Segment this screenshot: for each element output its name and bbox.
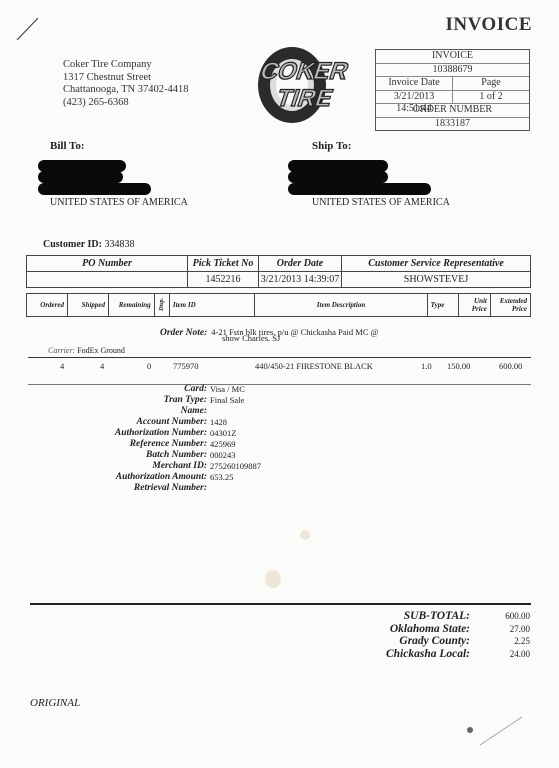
total-value: 24.00	[470, 648, 530, 661]
payment-label: Reference Number:	[60, 439, 210, 450]
payment-value: 04301Z	[210, 428, 236, 439]
bill-to-label: Bill To:	[50, 140, 85, 152]
customer-id: Customer ID: 334838	[43, 239, 134, 250]
total-label: SUB-TOTAL:	[370, 610, 470, 623]
payment-label: Tran Type:	[60, 395, 210, 406]
company-name: Coker Tire Company	[63, 59, 189, 72]
item-description-header: Item Description	[255, 294, 427, 317]
company-street: 1317 Chestnut Street	[63, 72, 189, 85]
payment-label: Authorization Amount:	[60, 472, 210, 483]
item-remaining: 0	[147, 361, 151, 371]
item-description: 440/450-21 FIRESTONE BLACK	[255, 361, 373, 371]
invoice-date-label: Invoice Date	[376, 77, 452, 90]
payment-value: 653.25	[210, 472, 233, 483]
ship-to-country: UNITED STATES OF AMERICA	[312, 197, 450, 208]
payment-value: 425969	[210, 439, 236, 450]
divider	[28, 357, 531, 358]
item-unit-price: 150.00	[447, 361, 470, 371]
total-label: Oklahoma State:	[370, 623, 470, 636]
carrier: Carrier: FodEx Ground	[48, 346, 125, 355]
pen-mark-icon	[14, 14, 44, 44]
item-id: 775970	[173, 361, 199, 371]
payment-label: Retrieval Number:	[60, 483, 210, 494]
total-value: 27.00	[470, 623, 530, 636]
company-phone: (423) 265-6368	[63, 97, 189, 110]
order-number-label: ORDER NUMBER	[376, 104, 529, 117]
carrier-value: FodEx Ground	[77, 346, 125, 355]
redacted-block	[288, 171, 388, 183]
total-row: Grady County:2.25	[370, 635, 530, 648]
payment-label: Authorization Number:	[60, 428, 210, 439]
payment-value: Final Sale	[210, 395, 244, 406]
ordered-header: Ordered	[27, 294, 68, 317]
redacted-block	[38, 183, 151, 195]
total-row: SUB-TOTAL:600.00	[370, 610, 530, 623]
item-table-header: Ordered Shipped Remaining Disp. Item ID …	[26, 293, 531, 317]
svg-text:COKER: COKER	[257, 59, 352, 85]
total-row: Chickasha Local:24.00	[370, 648, 530, 661]
payment-row: Authorization Number:04301Z	[60, 428, 261, 439]
payment-label: Batch Number:	[60, 450, 210, 461]
redacted-block	[38, 171, 123, 183]
payment-row: Account Number:1428	[60, 417, 261, 428]
payment-label: Account Number:	[60, 417, 210, 428]
order-number: 1833187	[376, 118, 529, 131]
invoice-number: 10388679	[376, 64, 529, 77]
item-type: 1.0	[421, 361, 432, 371]
payment-value: 1428	[210, 417, 227, 428]
payment-value: 000243	[210, 450, 236, 461]
type-header: Type	[427, 294, 459, 317]
shipped-header: Shipped	[68, 294, 109, 317]
payment-row: Batch Number:000243	[60, 450, 261, 461]
total-row: Oklahoma State:27.00	[370, 623, 530, 636]
payment-row: Reference Number:425969	[60, 439, 261, 450]
total-label: Chickasha Local:	[370, 648, 470, 661]
totals-section: SUB-TOTAL:600.00Oklahoma State:27.00Grad…	[370, 610, 530, 660]
extended-price-header: Extended Price	[490, 294, 530, 317]
payment-label: Card:	[60, 384, 210, 395]
payment-row: Tran Type:Final Sale	[60, 395, 261, 406]
bill-to-country: UNITED STATES OF AMERICA	[50, 197, 188, 208]
unit-price-header: Unit Price	[459, 294, 491, 317]
stain	[300, 530, 310, 540]
payment-label: Name:	[60, 406, 210, 417]
company-address: Coker Tire Company 1317 Chestnut Street …	[63, 59, 189, 109]
order-info-table: PO Number Pick Ticket No Order Date Cust…	[26, 255, 531, 288]
payment-value: Visa / MC	[210, 384, 245, 395]
order-note-label: Order Note:	[160, 328, 207, 338]
company-city: Chattanooga, TN 37402-4418	[63, 84, 189, 97]
payment-value: 275260109887	[210, 461, 261, 472]
total-value: 2.25	[470, 635, 530, 648]
payment-row: Authorization Amount:653.25	[60, 472, 261, 483]
coker-tire-logo: COKER TIRE	[240, 44, 370, 126]
order-date: 3/21/2013 14:39:07	[259, 272, 342, 288]
page-number: 1 of 2	[452, 91, 529, 104]
item-ordered: 4	[60, 361, 64, 371]
total-value: 600.00	[470, 610, 530, 623]
csr-header: Customer Service Representative	[342, 256, 531, 272]
item-extended-price: 600.00	[499, 361, 522, 371]
payment-row: Card:Visa / MC	[60, 384, 261, 395]
item-shipped: 4	[100, 361, 104, 371]
order-note-line2: show Charles. SJ	[222, 333, 280, 343]
payment-label: Merchant ID:	[60, 461, 210, 472]
payment-details: Card:Visa / MCTran Type:Final SaleName:A…	[60, 384, 261, 494]
po-number	[27, 272, 188, 288]
invoice-label: INVOICE	[376, 50, 529, 63]
pen-mark-icon	[440, 715, 530, 755]
item-id-header: Item ID	[169, 294, 255, 317]
pick-ticket-header: Pick Ticket No	[188, 256, 259, 272]
order-date-header: Order Date	[259, 256, 342, 272]
remaining-header: Remaining	[109, 294, 155, 317]
payment-row: Retrieval Number:	[60, 483, 261, 494]
invoice-info-box: INVOICE 10388679 Invoice DatePage 3/21/2…	[375, 49, 530, 131]
totals-divider	[30, 603, 531, 605]
stain	[265, 570, 281, 588]
pick-ticket-number: 1452216	[188, 272, 259, 288]
document-title: INVOICE	[445, 14, 532, 36]
total-label: Grady County:	[370, 635, 470, 648]
redacted-block	[288, 183, 431, 195]
payment-row: Merchant ID:275260109887	[60, 461, 261, 472]
svg-text:TIRE: TIRE	[273, 86, 336, 112]
ship-to-label: Ship To:	[312, 140, 351, 152]
page-label: Page	[452, 77, 529, 90]
csr-name: SHOWSTEVEJ	[342, 272, 531, 288]
po-number-header: PO Number	[27, 256, 188, 272]
original-label: ORIGINAL	[30, 697, 80, 709]
payment-row: Name:	[60, 406, 261, 417]
disp-header: Disp.	[159, 298, 165, 311]
invoice-date: 3/21/2013 14:51:44	[376, 91, 452, 104]
